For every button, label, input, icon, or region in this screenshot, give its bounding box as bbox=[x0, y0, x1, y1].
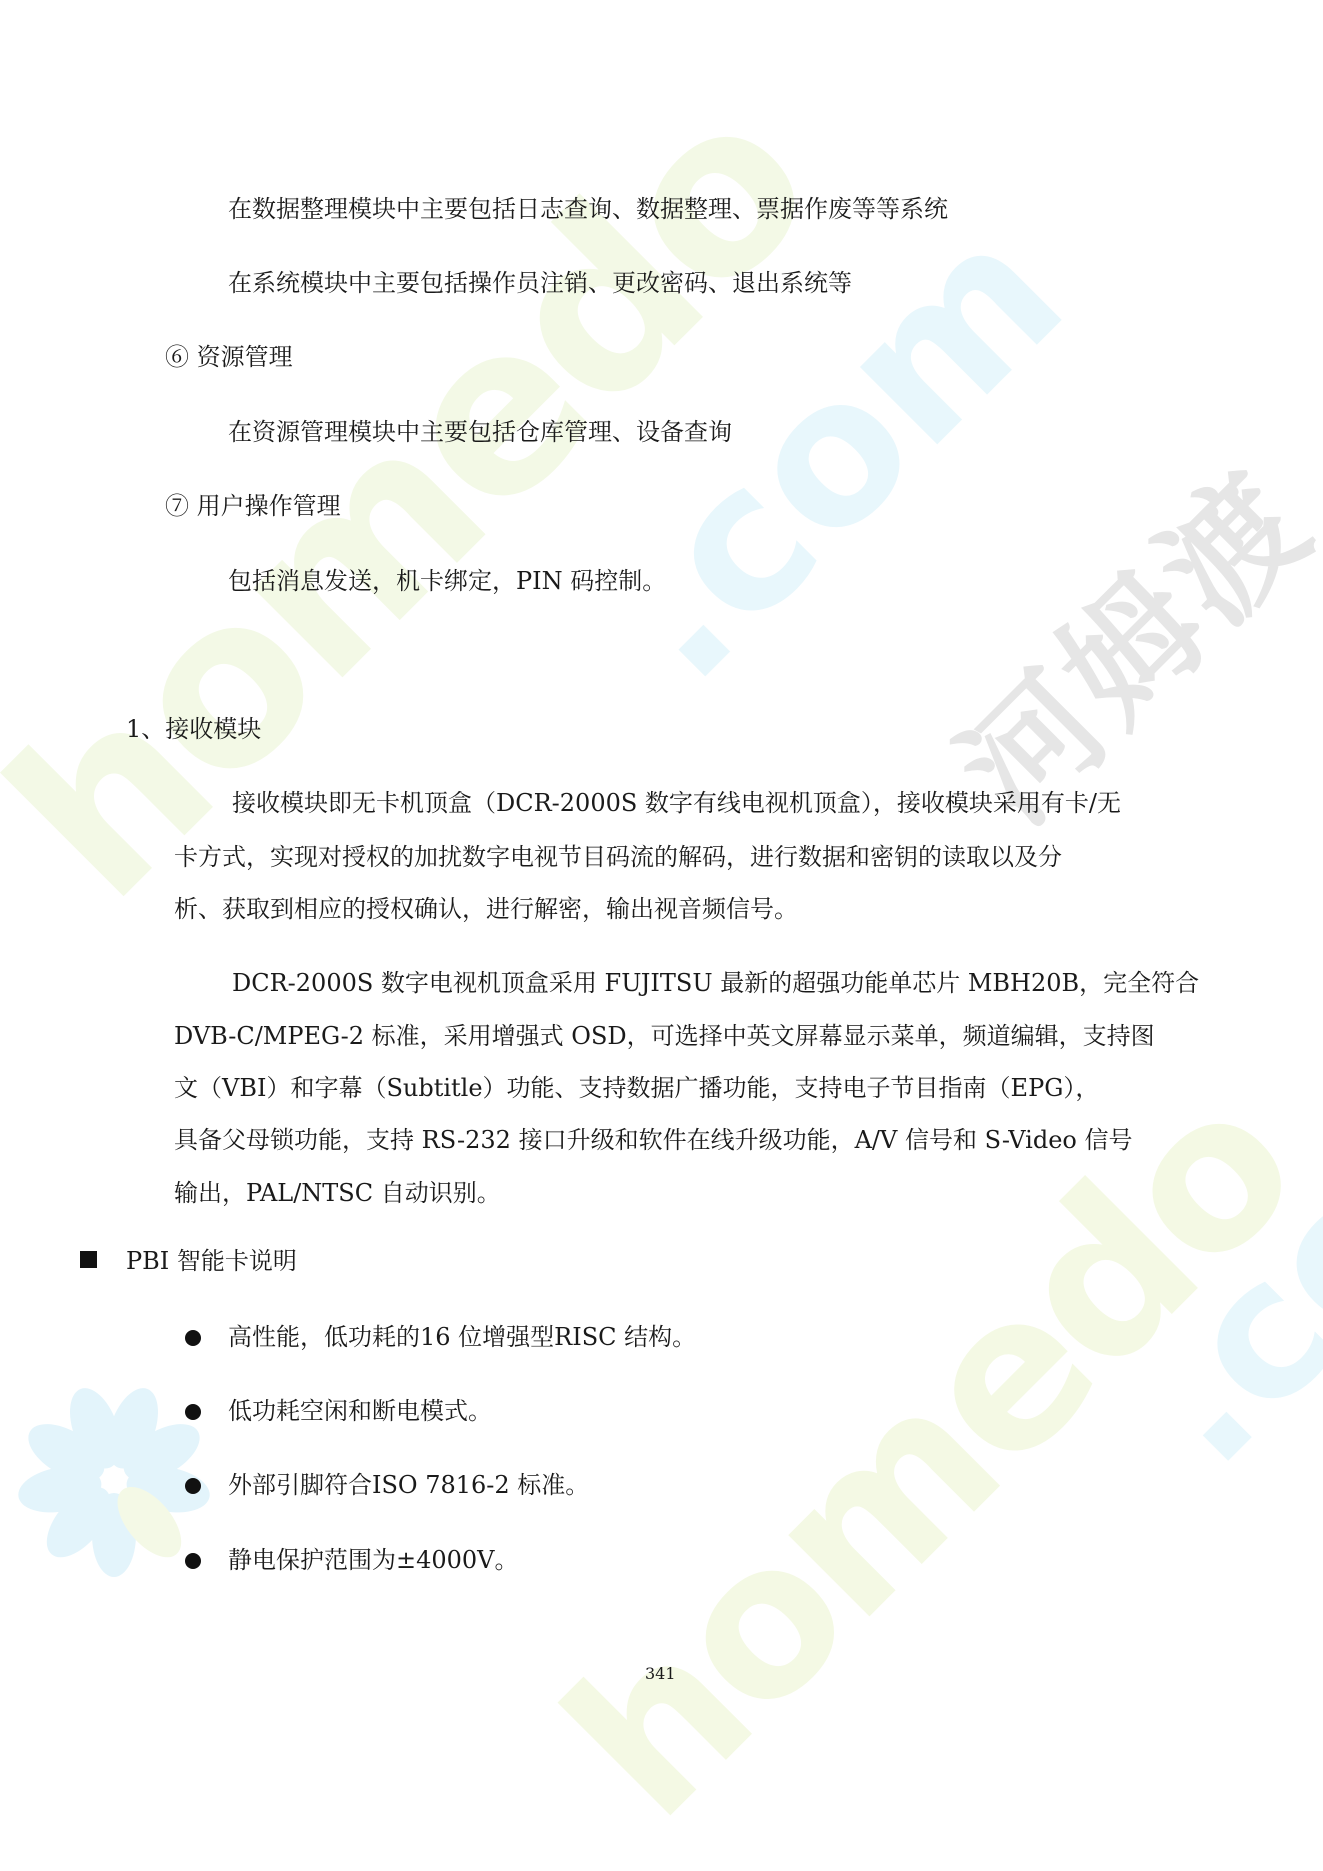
pbi-bullet-4: 静电保护范围为±4000V。 bbox=[228, 1545, 519, 1575]
pbi-bullet-3: 外部引脚符合ISO 7816-2 标准。 bbox=[228, 1470, 589, 1500]
heading-user-operation: ⑦ 用户操作管理 bbox=[165, 491, 341, 521]
watermark-homedo-2: homedo bbox=[520, 1044, 1323, 1863]
paragraph-stb-line-4: 具备父母锁功能，支持 RS-232 接口升级和软件在线升级功能，A/V 信号和 … bbox=[174, 1125, 1133, 1155]
paragraph-stb-line-5: 输出，PAL/NTSC 自动识别。 bbox=[174, 1178, 501, 1208]
bullet-icon bbox=[185, 1553, 201, 1569]
paragraph-stb-line-2: DVB-C/MPEG-2 标准，采用增强式 OSD，可选择中英文屏幕显示菜单，频… bbox=[174, 1021, 1155, 1051]
page-number: 341 bbox=[645, 1664, 676, 1683]
watermark-com: .com bbox=[560, 178, 1107, 725]
pbi-bullet-2: 低功耗空闲和断电模式。 bbox=[228, 1396, 492, 1426]
bullet-icon bbox=[185, 1478, 201, 1494]
paragraph-receiver-line-1: 接收模块即无卡机顶盒（DCR-2000S 数字有线电视机顶盒），接收模块采用有卡… bbox=[232, 788, 1121, 818]
paragraph-data-module: 在数据整理模块中主要包括日志查询、数据整理、票据作废等等系统 bbox=[228, 194, 948, 224]
watermark-com-2: .com bbox=[1090, 987, 1323, 1506]
paragraph-stb-line-3: 文（VBI）和字幕（Subtitle）功能、支持数据广播功能，支持电子节目指南（… bbox=[174, 1073, 1099, 1103]
section-heading-receiver: 1、接收模块 bbox=[126, 714, 261, 744]
paragraph-user-operation: 包括消息发送，机卡绑定，PIN 码控制。 bbox=[228, 566, 666, 596]
paragraph-system-module: 在系统模块中主要包括操作员注销、更改密码、退出系统等 bbox=[228, 268, 852, 298]
paragraph-receiver-line-3: 析、获取到相应的授权确认，进行解密，输出视音频信号。 bbox=[174, 894, 798, 924]
paragraph-resource-management: 在资源管理模块中主要包括仓库管理、设备查询 bbox=[228, 417, 732, 447]
bullet-icon bbox=[185, 1404, 201, 1420]
flower-logo-icon bbox=[14, 1380, 214, 1580]
square-bullet-icon bbox=[80, 1251, 97, 1268]
paragraph-stb-line-1: DCR-2000S 数字电视机顶盒采用 FUJITSU 最新的超强功能单芯片 M… bbox=[232, 968, 1199, 998]
pbi-bullet-1: 高性能，低功耗的16 位增强型RISC 结构。 bbox=[228, 1322, 696, 1352]
heading-resource-management: ⑥ 资源管理 bbox=[165, 342, 293, 372]
paragraph-receiver-line-2: 卡方式，实现对授权的加扰数字电视节目码流的解码，进行数据和密钥的读取以及分 bbox=[174, 842, 1062, 872]
heading-pbi-smart-card: PBI 智能卡说明 bbox=[126, 1246, 297, 1276]
bullet-icon bbox=[185, 1330, 201, 1346]
